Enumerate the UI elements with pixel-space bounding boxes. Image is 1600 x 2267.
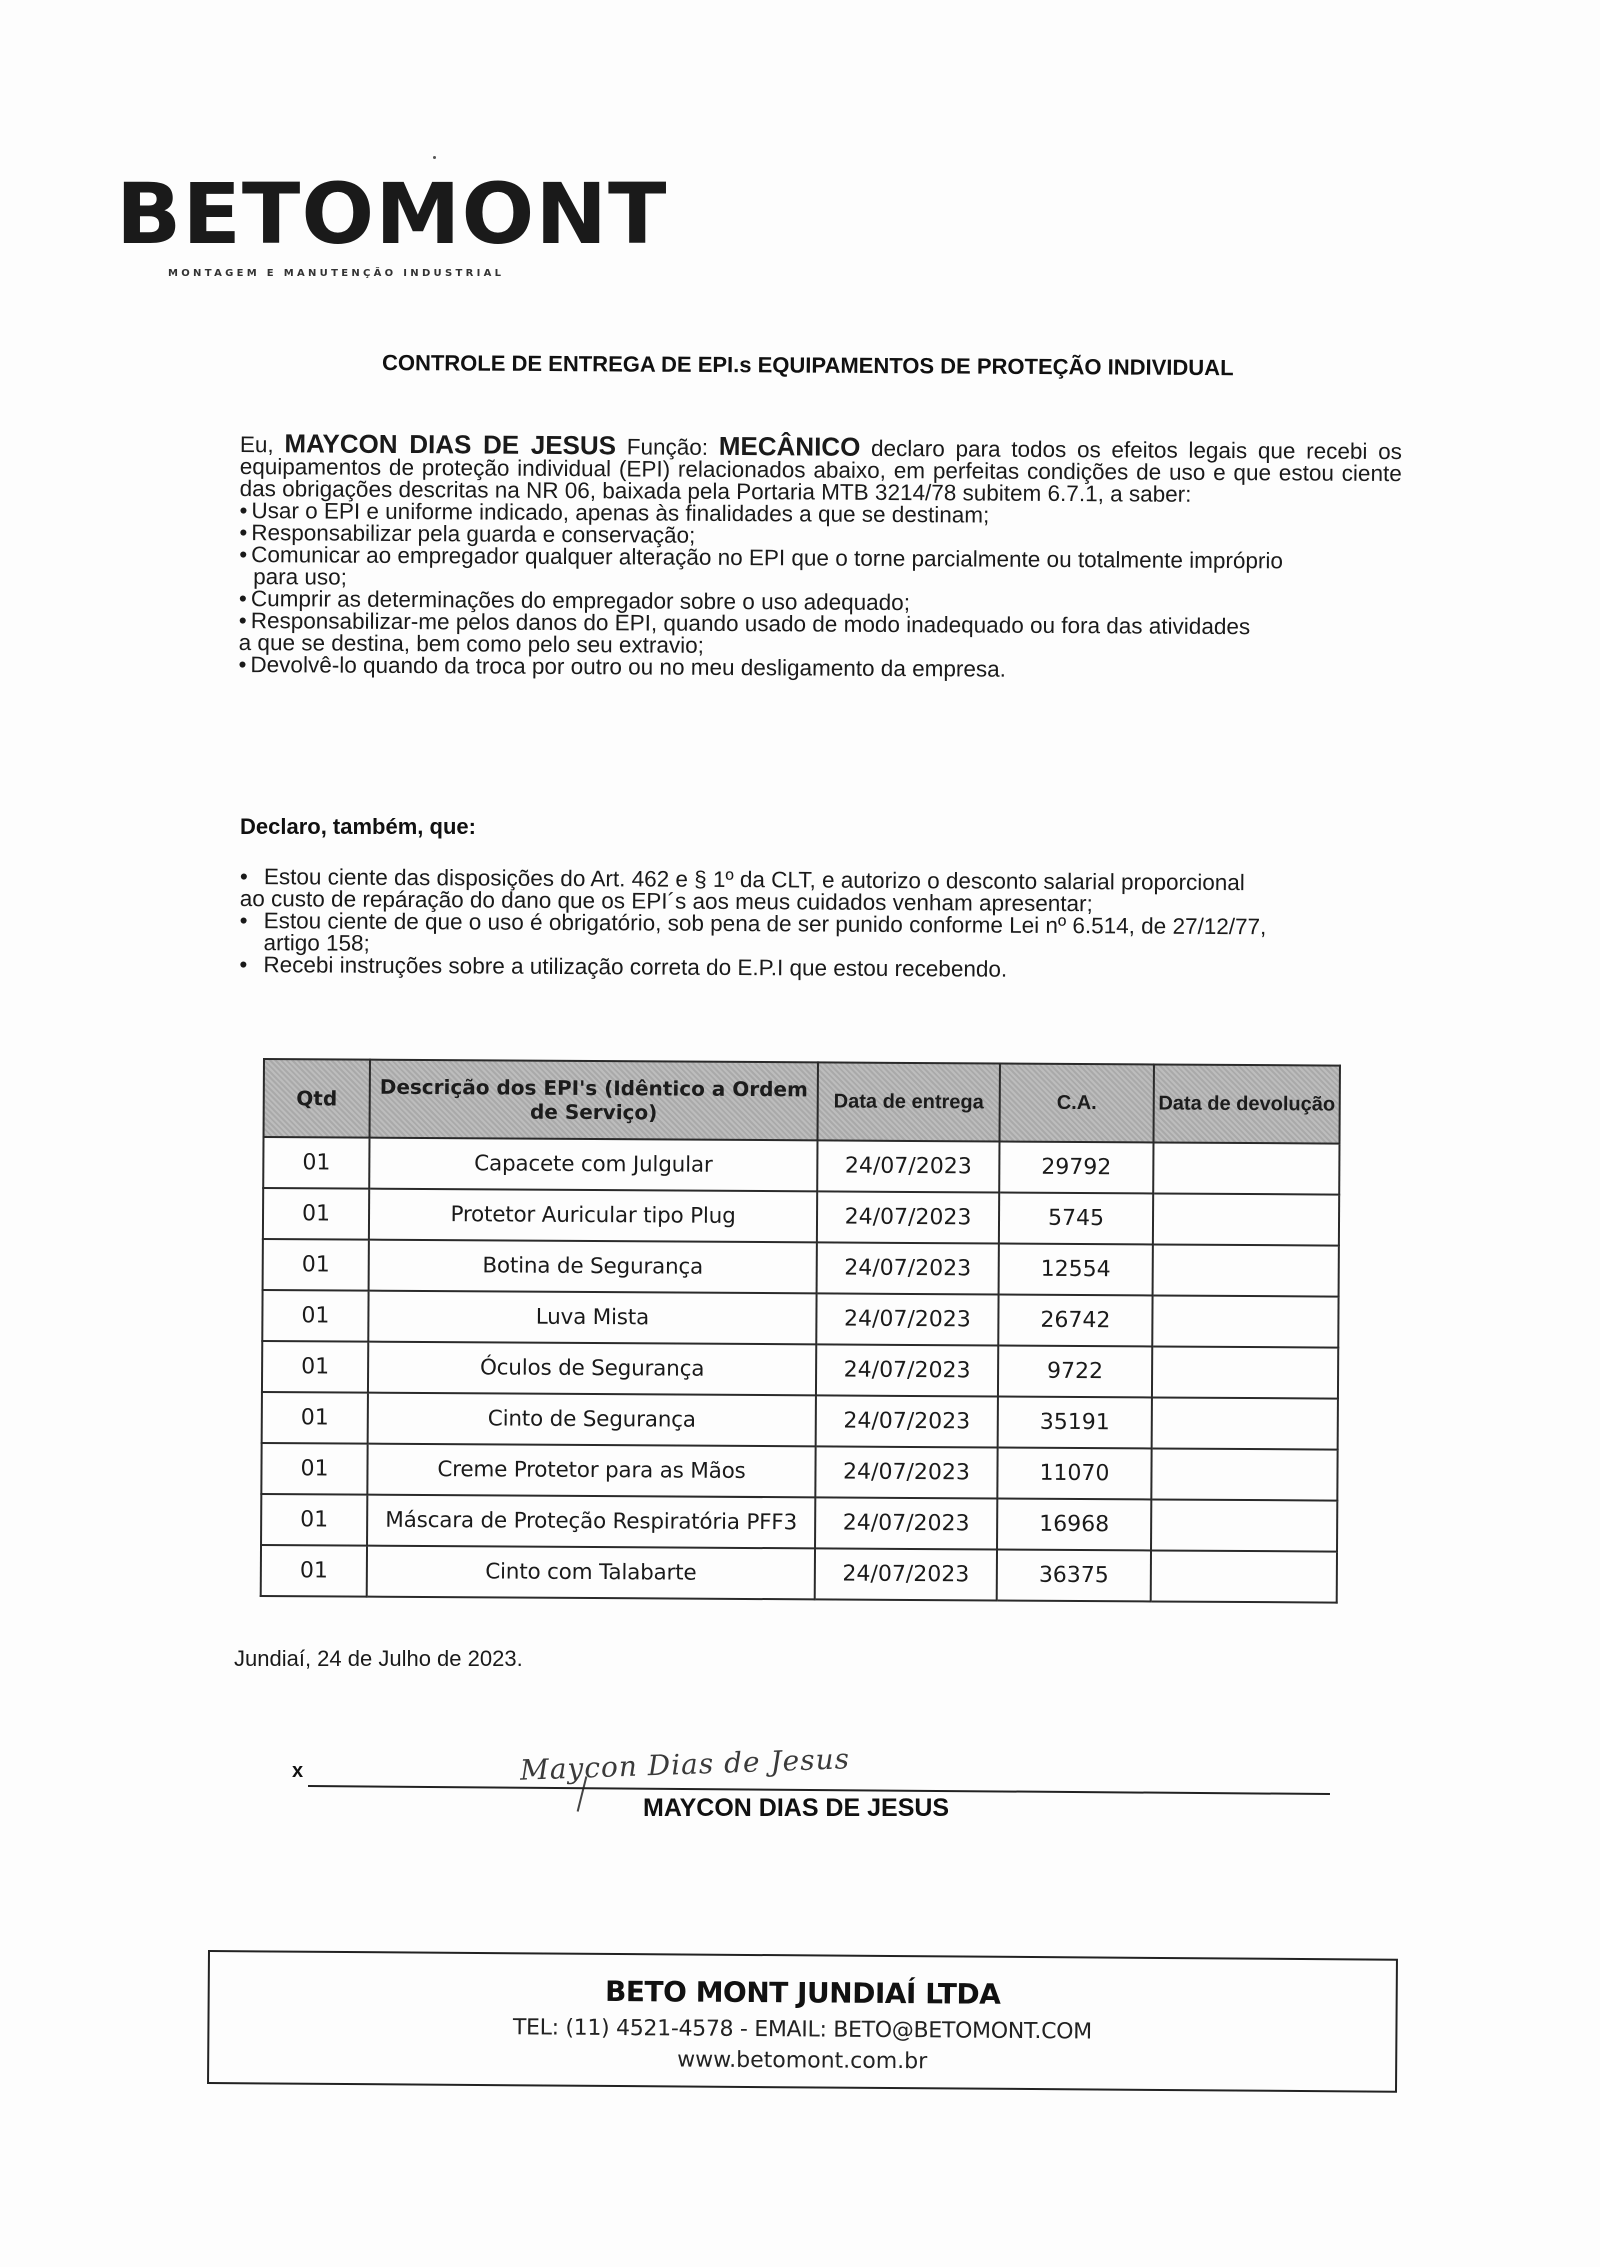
obligations-list: •Usar o EPI e uniforme indicado, apenas … — [239, 500, 1402, 683]
cell-ca: 5745 — [999, 1192, 1153, 1244]
logo-wordmark: BETOMONT — [116, 172, 668, 256]
cell-qtd: 01 — [261, 1545, 367, 1597]
table-row: 01Botina de Segurança24/07/202312554 — [263, 1239, 1339, 1297]
intro-section: Eu, MAYCON DIAS DE JESUS Função: MECÂNIC… — [239, 432, 1402, 683]
cell-return-date — [1151, 1448, 1337, 1500]
cell-return-date — [1151, 1550, 1337, 1602]
cell-ca: 36375 — [997, 1549, 1151, 1601]
header-return-date: Data de devolução — [1154, 1064, 1340, 1143]
cell-description: Máscara de Proteção Respiratória PFF3 — [367, 1495, 815, 1549]
cell-qtd: 01 — [263, 1137, 369, 1189]
cell-return-date — [1153, 1193, 1339, 1245]
cell-qtd: 01 — [261, 1443, 367, 1495]
header-delivery-date: Data de entrega — [818, 1062, 1000, 1141]
cell-description: Capacete com Julgular — [369, 1138, 817, 1192]
cell-description: Botina de Segurança — [369, 1240, 817, 1294]
cell-delivery-date: 24/07/2023 — [816, 1395, 998, 1447]
signature-x-mark: x — [292, 1760, 303, 1783]
cell-ca: 35191 — [998, 1396, 1152, 1448]
footer-company-name: BETO MONT JUNDIAÍ LTDA — [210, 1972, 1396, 2014]
cell-ca: 11070 — [997, 1447, 1151, 1499]
cell-ca: 9722 — [998, 1345, 1152, 1397]
logo-tagline: MONTAGEM E MANUTENÇÃO INDUSTRIAL — [168, 268, 657, 279]
cell-description: Luva Mista — [368, 1291, 816, 1345]
header-description: Descrição dos EPI's (Idêntico a Ordem de… — [370, 1060, 818, 1141]
cell-ca: 16968 — [997, 1498, 1151, 1550]
cell-delivery-date: 24/07/2023 — [815, 1548, 997, 1600]
cell-ca: 26742 — [998, 1294, 1152, 1346]
bullet-icon: • — [240, 910, 264, 932]
cell-return-date — [1152, 1346, 1338, 1398]
table-row: 01Máscara de Proteção Respiratória PFF32… — [261, 1494, 1337, 1552]
cell-delivery-date: 24/07/2023 — [815, 1497, 997, 1549]
signatory-name: MAYCON DIAS DE JESUS — [643, 1794, 949, 1823]
company-footer: BETO MONT JUNDIAÍ LTDA TEL: (11) 4521-45… — [207, 1950, 1398, 2093]
cell-description: Protetor Auricular tipo Plug — [369, 1189, 817, 1243]
handwritten-signature: Maycon Dias de Jesus — [520, 1742, 851, 1786]
table-header-row: Qtd Descrição dos EPI's (Idêntico a Orde… — [264, 1059, 1340, 1144]
table-row: 01Capacete com Julgular24/07/202329792 — [263, 1137, 1339, 1195]
company-logo: BETOMONT MONTAGEM E MANUTENÇÃO INDUSTRIA… — [116, 172, 657, 279]
cell-delivery-date: 24/07/2023 — [817, 1191, 999, 1243]
table-body: 01Capacete com Julgular24/07/20232979201… — [261, 1137, 1340, 1603]
cell-delivery-date: 24/07/2023 — [817, 1242, 999, 1294]
intro-paragraph: Eu, MAYCON DIAS DE JESUS Função: MECÂNIC… — [240, 432, 1402, 507]
declaration-heading: Declaro, também, que: — [240, 814, 476, 840]
cell-return-date — [1153, 1244, 1339, 1296]
scan-speck — [433, 156, 436, 159]
cell-ca: 29792 — [999, 1142, 1153, 1194]
document-title: CONTROLE DE ENTREGA DE EPI.s EQUIPAMENTO… — [382, 350, 1262, 381]
table-row: 01Cinto de Segurança24/07/202335191 — [262, 1392, 1338, 1450]
header-qtd: Qtd — [264, 1059, 370, 1138]
document-page: BETOMONT MONTAGEM E MANUTENÇÃO INDUSTRIA… — [0, 0, 1600, 2267]
cell-qtd: 01 — [261, 1494, 367, 1546]
place-and-date: Jundiaí, 24 de Julho de 2023. — [234, 1646, 523, 1672]
epi-table: Qtd Descrição dos EPI's (Idêntico a Orde… — [260, 1058, 1341, 1604]
declaration-list: •Estou ciente das disposições do Art. 46… — [239, 866, 1402, 983]
header-ca: C.A. — [1000, 1064, 1154, 1143]
bullet-icon: • — [240, 866, 264, 888]
cell-delivery-date: 24/07/2023 — [817, 1140, 999, 1192]
footer-contact: TEL: (11) 4521-4578 - EMAIL: BETO@BETOMO… — [209, 2013, 1395, 2047]
cell-description: Cinto de Segurança — [368, 1393, 816, 1447]
cell-return-date — [1153, 1142, 1339, 1194]
cell-qtd: 01 — [263, 1239, 369, 1291]
cell-qtd: 01 — [262, 1392, 368, 1444]
table-row: 01Cinto com Talabarte24/07/202336375 — [261, 1545, 1337, 1603]
cell-delivery-date: 24/07/2023 — [816, 1344, 998, 1396]
cell-qtd: 01 — [262, 1290, 368, 1342]
cell-qtd: 01 — [262, 1341, 368, 1393]
cell-return-date — [1152, 1397, 1338, 1449]
cell-delivery-date: 24/07/2023 — [815, 1446, 997, 1498]
cell-qtd: 01 — [263, 1188, 369, 1240]
cell-return-date — [1152, 1295, 1338, 1347]
cell-description: Cinto com Talabarte — [367, 1546, 815, 1600]
footer-website: www.betomont.com.br — [209, 2044, 1395, 2078]
bullet-icon: • — [239, 652, 247, 677]
cell-description: Creme Protetor para as Mãos — [367, 1444, 815, 1498]
table-row: 01Protetor Auricular tipo Plug24/07/2023… — [263, 1188, 1339, 1246]
cell-delivery-date: 24/07/2023 — [816, 1293, 998, 1345]
cell-return-date — [1151, 1499, 1337, 1551]
table-row: 01Creme Protetor para as Mãos24/07/20231… — [261, 1443, 1337, 1501]
cell-description: Óculos de Segurança — [368, 1342, 816, 1396]
table-row: 01Óculos de Segurança24/07/20239722 — [262, 1341, 1338, 1399]
cell-ca: 12554 — [999, 1243, 1153, 1295]
bullet-icon: • — [239, 954, 263, 976]
bullet-icon: • — [239, 542, 247, 567]
table-row: 01Luva Mista24/07/202326742 — [262, 1290, 1338, 1348]
